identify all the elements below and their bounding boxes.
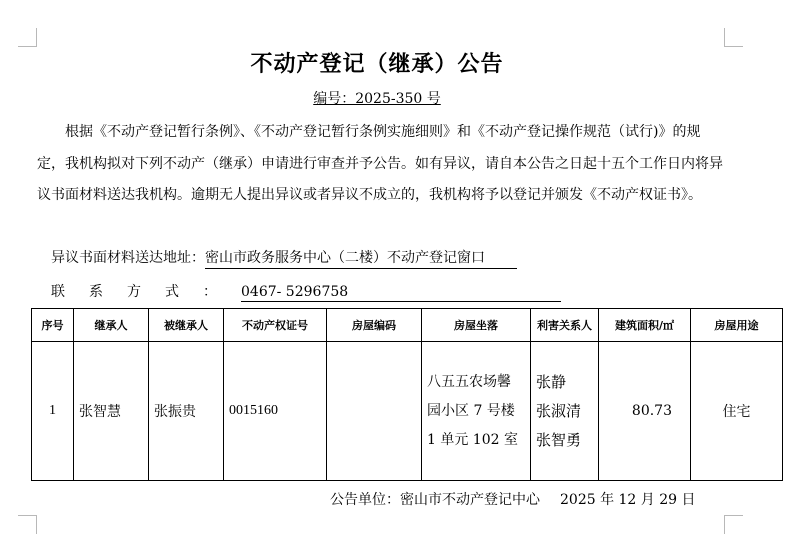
issuer: 公告单位：密山市不动产登记中心 — [330, 492, 540, 508]
header-heir: 继承人 — [74, 309, 149, 342]
objection-address-value: 密山市政务服务中心（二楼）不动产登记窗口 — [205, 247, 517, 269]
cell-usage: 住宅 — [691, 342, 783, 481]
cell-index: 1 — [32, 342, 74, 481]
footer-signature: 公告单位：密山市不动产登记中心2025 年 12 月 29 日 — [330, 489, 696, 509]
page-corner-mark-top-left — [18, 28, 37, 47]
contact-value: 0467- 5296758 — [241, 284, 561, 302]
cell-certificate-no: 0015160 — [224, 342, 327, 481]
header-usage: 房屋用途 — [691, 309, 783, 342]
cell-heir: 张智慧 — [74, 342, 149, 481]
header-location: 房屋坐落 — [422, 309, 531, 342]
announcement-table: 序号 继承人 被继承人 不动产权证号 房屋编码 房屋坐落 利害关系人 建筑面积/… — [31, 308, 783, 481]
objection-address-field: 异议书面材料送达地址：密山市政务服务中心（二楼）不动产登记窗口 — [51, 247, 517, 269]
page-title: 不动产登记（继承）公告 — [0, 47, 754, 78]
contact-label: 联系方式： — [51, 284, 241, 300]
issue-date: 2025 年 12 月 29 日 — [560, 492, 696, 508]
table-header-row: 序号 继承人 被继承人 不动产权证号 房屋编码 房屋坐落 利害关系人 建筑面积/… — [32, 309, 783, 342]
header-index: 序号 — [32, 309, 74, 342]
cell-area: 80.73 — [599, 342, 691, 481]
cell-interested-parties: 张静 张淑清 张智勇 — [531, 342, 599, 481]
page-corner-mark-bottom-left — [18, 515, 37, 534]
body-paragraph: 根据《不动产登记暂行条例》、《不动产登记暂行条例实施细则》和《不动产登记操作规范… — [37, 117, 727, 212]
cell-house-code — [327, 342, 422, 481]
header-interested-parties: 利害关系人 — [531, 309, 599, 342]
document-number: 编号：2025-350 号 — [0, 88, 754, 108]
contact-field: 联系方式：0467- 5296758 — [51, 281, 561, 302]
header-decedent: 被继承人 — [149, 309, 224, 342]
table-row: 1 张智慧 张振贵 0015160 八五五农场馨 园小区 7 号楼 1 单元 1… — [32, 342, 783, 481]
page-corner-mark-bottom-right — [724, 515, 743, 534]
cell-decedent: 张振贵 — [149, 342, 224, 481]
header-area: 建筑面积/㎡ — [599, 309, 691, 342]
cell-location: 八五五农场馨 园小区 7 号楼 1 单元 102 室 — [422, 342, 531, 481]
header-certificate-no: 不动产权证号 — [224, 309, 327, 342]
header-house-code: 房屋编码 — [327, 309, 422, 342]
objection-address-label: 异议书面材料送达地址： — [51, 250, 205, 266]
page-corner-mark-top-right — [724, 28, 743, 47]
